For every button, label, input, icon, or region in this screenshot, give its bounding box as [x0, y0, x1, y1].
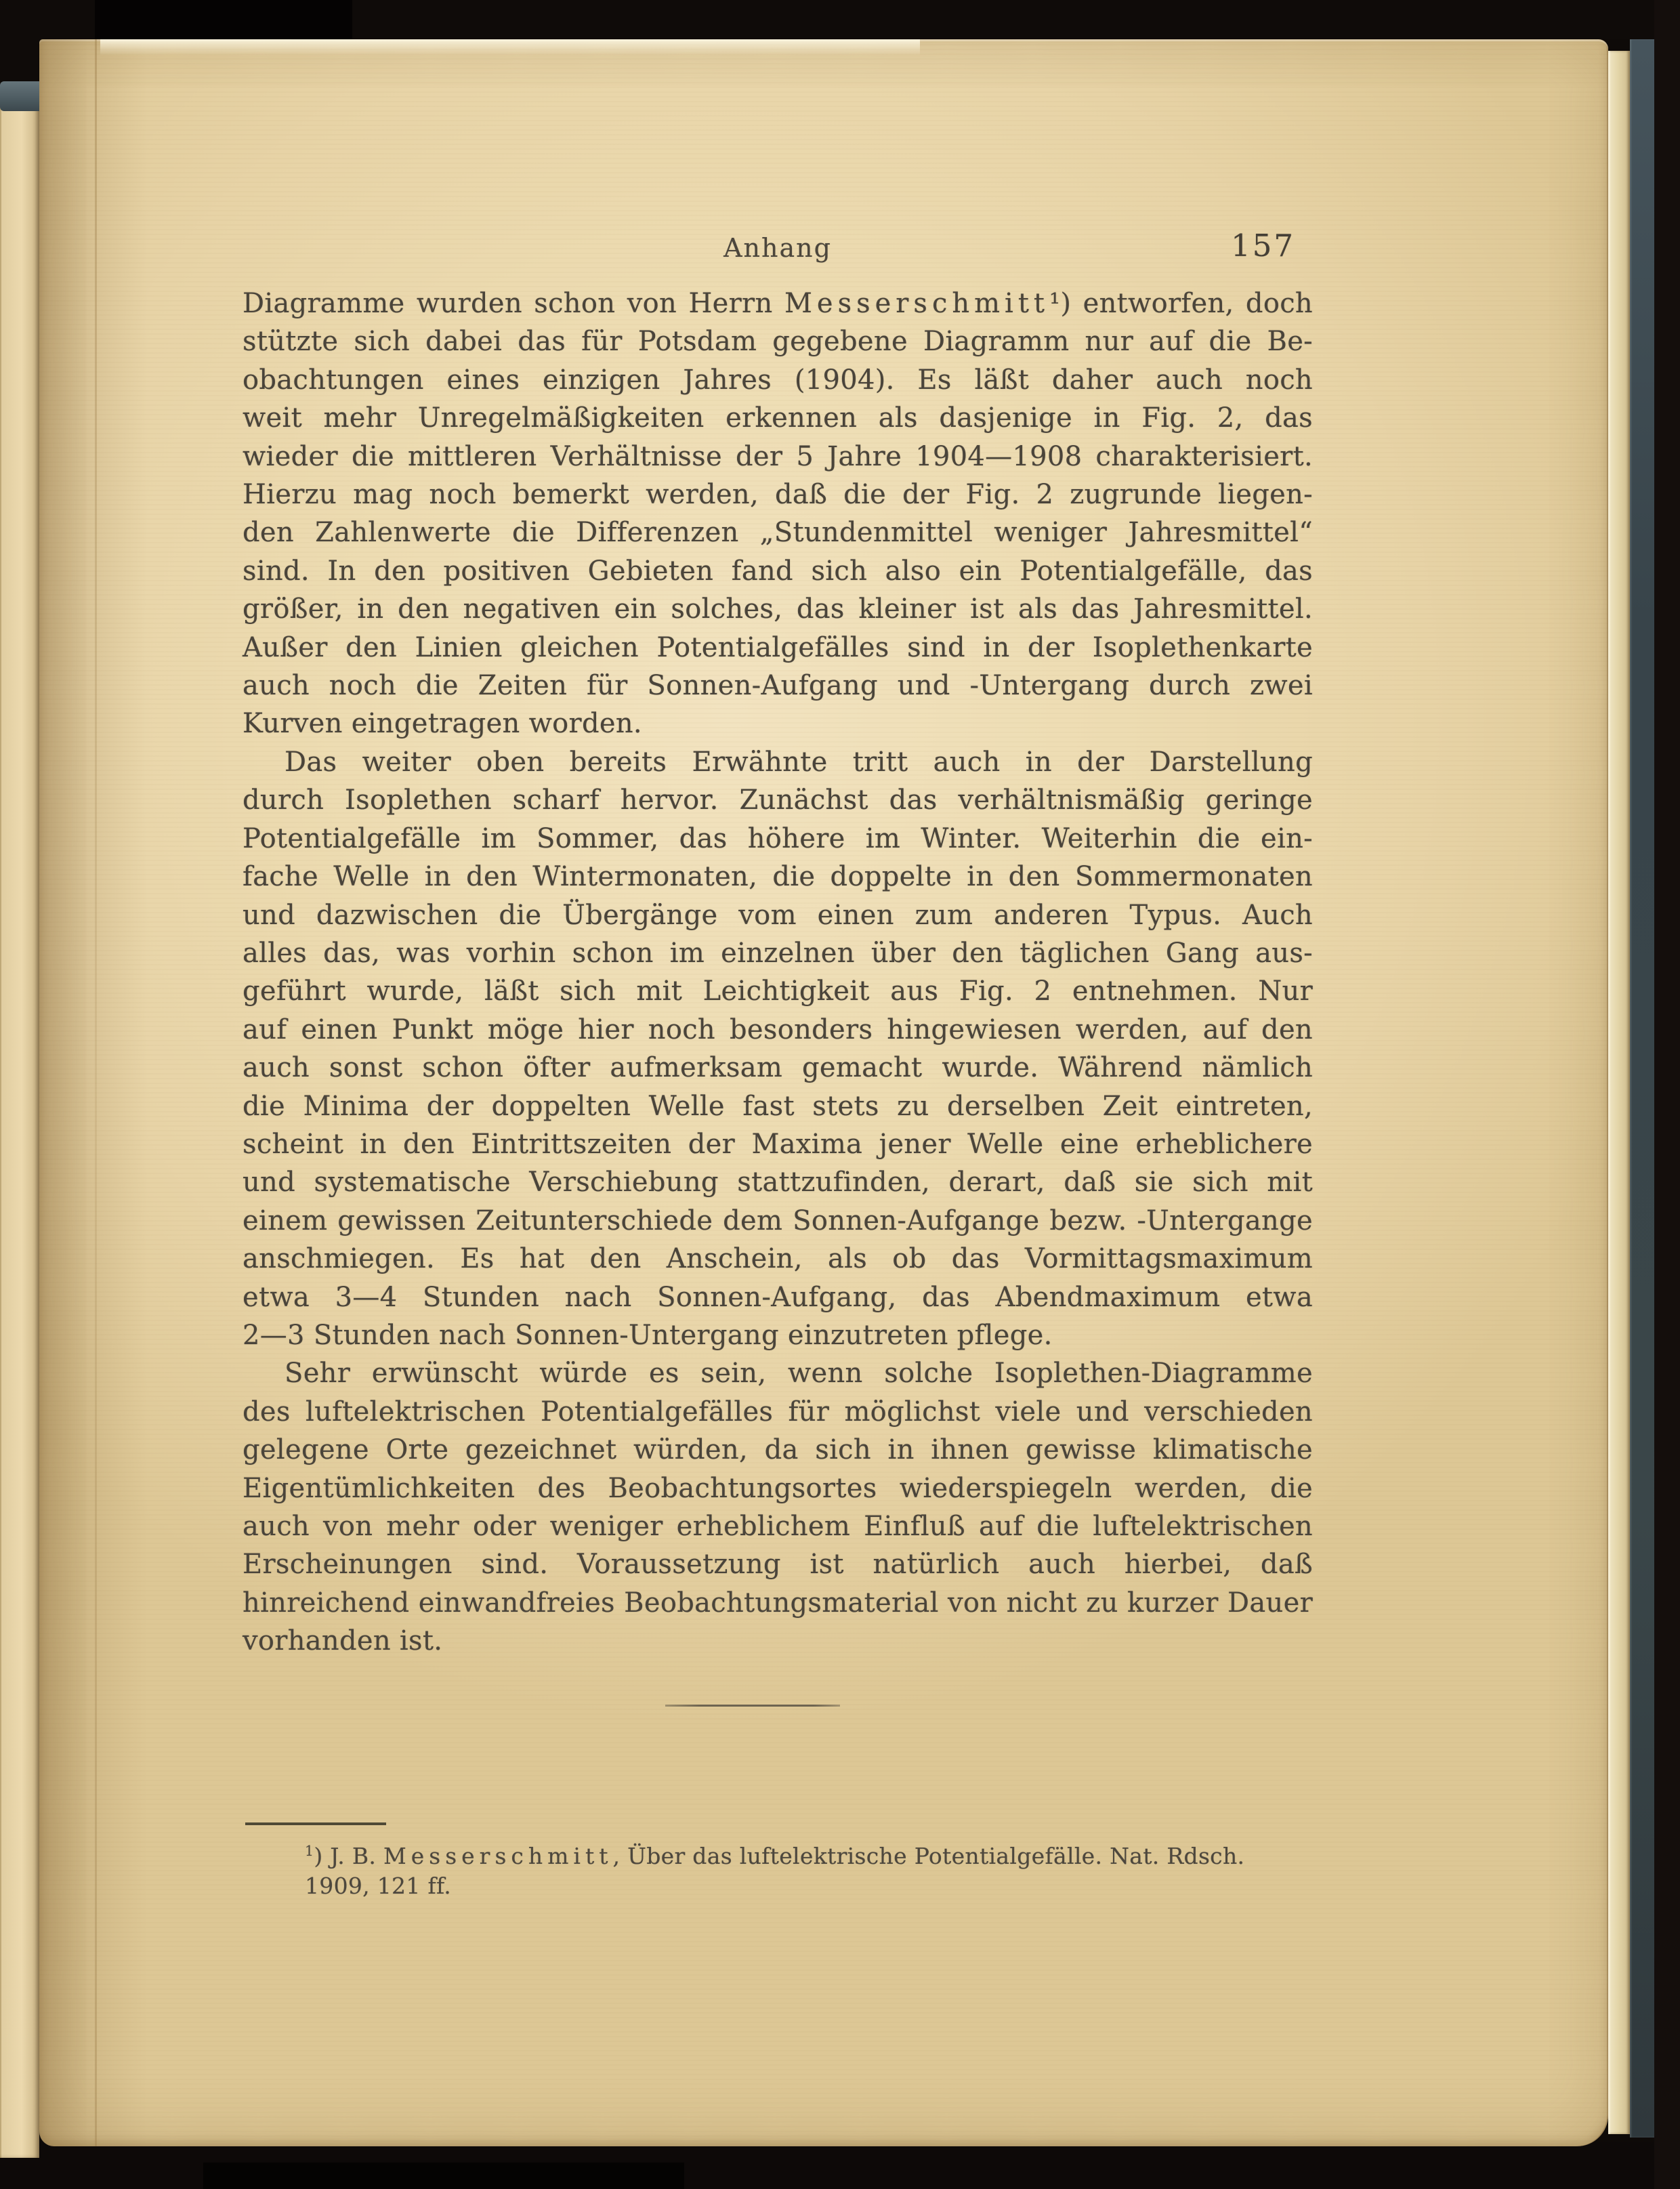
text-line: weit mehr Unregelmäßigkeiten erkennen al…: [243, 399, 1313, 437]
text-line: Hierzu mag noch bemerkt werden, daß die …: [243, 476, 1313, 514]
text-line: hinreichend einwandfreies Beobachtungsma…: [243, 1584, 1313, 1622]
text-line: vorhanden ist.: [243, 1622, 1313, 1660]
background-right-band: [1654, 0, 1680, 2189]
text-line: des luftelektrischen Potentialgefälles f…: [243, 1393, 1313, 1431]
photo-of-book-page: Anhang 157 Diagramme wurden schon von He…: [0, 0, 1680, 2189]
gutter-shadow: [39, 39, 148, 2146]
text-line: stützte sich dabei das für Potsdam gegeb…: [243, 322, 1313, 360]
text-line: gelegene Orte gezeichnet würden, da sich…: [243, 1431, 1313, 1469]
text-line: Außer den Linien gleichen Potentialgefäl…: [243, 629, 1313, 667]
background-bottom-shadow: [203, 2163, 684, 2189]
text-line: Diagramme wurden schon von Herrn Messers…: [243, 285, 1313, 322]
text-line: Eigentümlichkeiten des Beobachtungsortes…: [243, 1469, 1313, 1507]
text-line: die Minima der doppelten Welle fast stet…: [243, 1087, 1313, 1125]
text-line: fache Welle in den Wintermonaten, die do…: [243, 858, 1313, 896]
right-page-edge-stack: [1608, 51, 1630, 2134]
text-line: und systematische Verschiebung stattzufi…: [243, 1163, 1313, 1201]
text-line: 2—3 Stunden nach Sonnen-Untergang einzut…: [243, 1316, 1313, 1354]
text-line: den Zahlenwerte die Differenzen „Stunden…: [243, 514, 1313, 551]
text-line: auch von mehr oder weniger erheblichem E…: [243, 1507, 1313, 1545]
footnote-body: ) J. B. Messerschmitt, Über das luftelek…: [305, 1843, 1244, 1899]
footnote-marker: 1: [305, 1843, 314, 1859]
text-line: durch Isoplethen scharf hervor. Zunächst…: [243, 781, 1313, 819]
text-line: größer, in den negativen ein solches, da…: [243, 590, 1313, 628]
text-line: obachtungen eines einzigen Jahres (1904)…: [243, 361, 1313, 399]
text-line: und dazwischen die Übergänge vom einen z…: [243, 896, 1313, 934]
footnote-text: 1) J. B. Messerschmitt, Über das luftele…: [243, 1836, 1313, 1901]
text-line: Das weiter oben bereits Erwähnte tritt a…: [243, 743, 1313, 781]
footnote-separator-rule: [245, 1822, 386, 1825]
running-head: Anhang 157: [243, 233, 1313, 274]
left-page-edge-stack: [0, 102, 39, 2158]
text-line: alles das, was vorhin schon im einzelnen…: [243, 934, 1313, 972]
text-line: scheint in den Eintrittszeiten der Maxim…: [243, 1125, 1313, 1163]
text-line: Sehr erwünscht würde es sein, wenn solch…: [243, 1354, 1313, 1392]
body-text: Diagramme wurden schon von Herrn Messers…: [243, 285, 1313, 1661]
text-line: anschmiegen. Es hat den Anschein, als ob…: [243, 1240, 1313, 1278]
gutter-crease-line: [95, 39, 97, 2146]
top-page-edge-highlight: [100, 39, 920, 56]
book-cover-edge: [1630, 39, 1654, 2138]
text-line: auch noch die Zeiten für Sonnen-Aufgang …: [243, 667, 1313, 705]
page-paper: Anhang 157 Diagramme wurden schon von He…: [39, 39, 1608, 2146]
section-end-divider-rule: [665, 1705, 840, 1707]
text-line: einem gewissen Zeitunterschiede dem Sonn…: [243, 1202, 1313, 1240]
text-line: Kurven eingetragen worden.: [243, 705, 1313, 743]
text-line: sind. In den positiven Gebieten fand sic…: [243, 552, 1313, 590]
text-line: auf einen Punkt möge hier noch besonders…: [243, 1011, 1313, 1049]
section-title: Anhang: [243, 233, 1313, 263]
text-line: Potentialgefälle im Sommer, das höhere i…: [243, 820, 1313, 858]
page-number: 157: [1231, 228, 1295, 264]
text-line: etwa 3—4 Stunden nach Sonnen-Aufgang, da…: [243, 1278, 1313, 1316]
text-line: Erscheinungen sind. Voraussetzung ist na…: [243, 1545, 1313, 1583]
background-top-shadow: [95, 0, 352, 39]
text-line: geführt wurde, läßt sich mit Leichtigkei…: [243, 972, 1313, 1010]
text-line: wieder die mittleren Verhältnisse der 5 …: [243, 438, 1313, 476]
text-line: auch sonst schon öfter aufmerksam gemach…: [243, 1049, 1313, 1087]
